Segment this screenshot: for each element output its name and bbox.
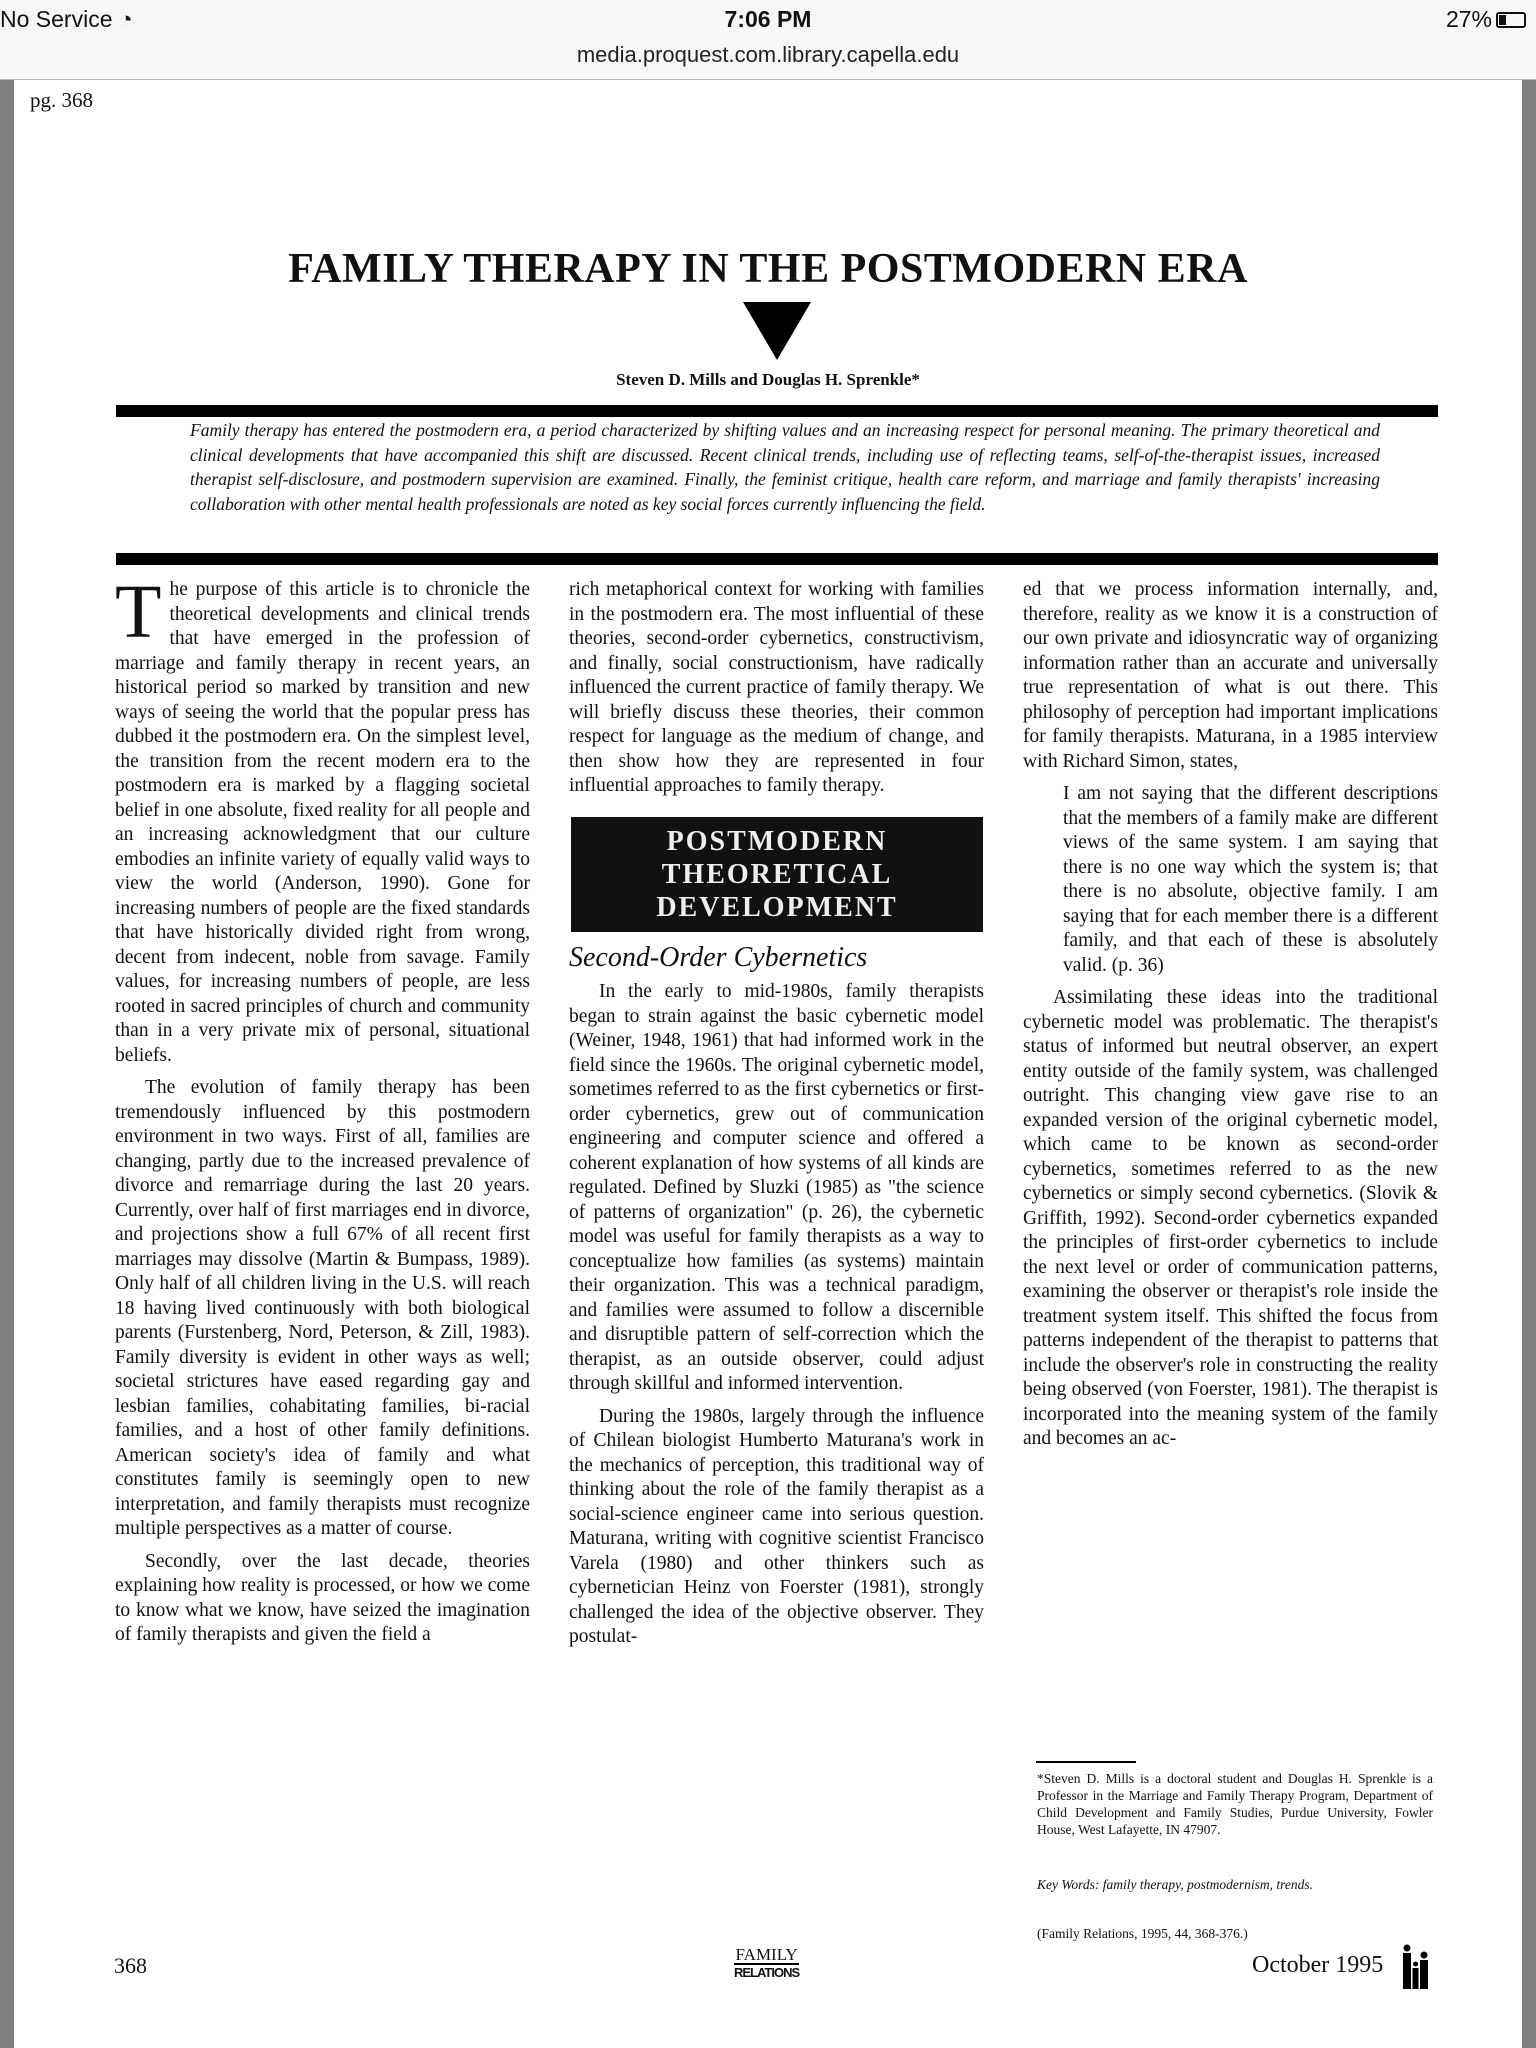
author-footnote: *Steven D. Mills is a doctoral student a… [1037, 1770, 1433, 1838]
paragraph: Assimilating these ideas into the tradit… [1023, 986, 1438, 1452]
document-page: pg. 368 FAMILY THERAPY IN THE POSTMODERN… [14, 80, 1522, 2048]
footnote-rule [1036, 1761, 1136, 1763]
column-2: rich metaphorical context for working wi… [569, 578, 984, 1658]
issue-date: October 1995 [1252, 1952, 1383, 1979]
section-heading: Second-Order Cybernetics [569, 946, 984, 971]
status-bar: No Service ◔ 7:06 PM 27% media.proquest.… [0, 0, 1536, 80]
logo-top: FAMILY [734, 1947, 799, 1965]
article-title: FAMILY THERAPY IN THE POSTMODERN ERA [14, 245, 1522, 293]
paragraph: During the 1980s, largely through the in… [569, 1405, 984, 1650]
paragraph: The evolution of family therapy has been… [115, 1076, 530, 1542]
battery-icon [1496, 12, 1526, 28]
page-label: pg. 368 [30, 88, 93, 113]
keywords: Key Words: family therapy, postmodernism… [1037, 1877, 1313, 1893]
drop-cap: T [115, 582, 161, 642]
block-quote: I am not saying that the different descr… [1063, 782, 1438, 978]
top-rule [116, 405, 1438, 417]
paragraph: Secondly, over the last decade, theories… [115, 1550, 530, 1648]
family-icon [1400, 1944, 1430, 1990]
paragraph: In the early to mid-1980s, family therap… [569, 980, 984, 1397]
column-1: The purpose of this article is to chroni… [115, 578, 530, 1656]
paragraph: rich metaphorical context for working wi… [569, 578, 984, 799]
clock: 7:06 PM [0, 6, 1536, 33]
battery-percent: 27% [1446, 6, 1492, 33]
url-bar[interactable]: media.proquest.com.library.capella.edu [0, 42, 1536, 68]
journal-logo: FAMILY RELATIONS [734, 1947, 799, 1981]
bottom-rule [116, 553, 1438, 565]
paragraph: ed that we process information internall… [1023, 578, 1438, 774]
column-3: ed that we process information internall… [1023, 578, 1438, 1460]
article-authors: Steven D. Mills and Douglas H. Sprenkle* [14, 370, 1522, 390]
abstract: Family therapy has entered the postmoder… [190, 418, 1380, 516]
paragraph: he purpose of this article is to chronic… [115, 579, 530, 1066]
citation: (Family Relations, 1995, 44, 368-376.) [1037, 1926, 1248, 1942]
battery-status: 27% [1446, 6, 1526, 33]
section-banner: POSTMODERN THEORETICAL DEVELOPMENT [571, 817, 983, 932]
triangle-ornament-icon [743, 302, 811, 360]
logo-bottom: RELATIONS [734, 1965, 799, 1981]
page-number: 368 [114, 1953, 147, 1979]
